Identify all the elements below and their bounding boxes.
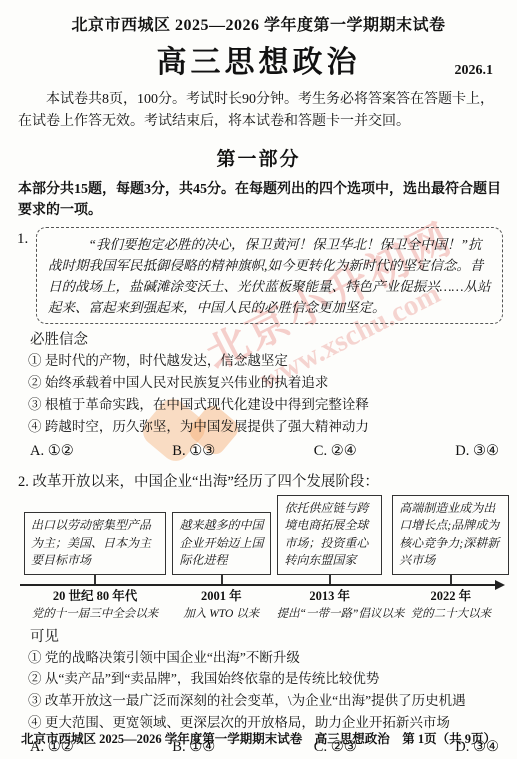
timeline-date-4: 2022 年 <box>393 586 509 604</box>
timeline-stage-4-box: 高端制造业成为出口增长点;品牌成为核心竞争力;深耕新兴市场 <box>392 495 509 575</box>
timeline-stage-4: 高端制造业成为出口增长点;品牌成为核心竞争力;深耕新兴市场 <box>392 495 509 584</box>
question-1-stem: 必胜信念 <box>30 328 503 349</box>
timeline-tick <box>221 575 223 584</box>
timeline-stage-boxes: 出口以劳动密集型产品为主；美国、日本为主要目标市场 越来越多的中国企业开始迈上国… <box>14 495 509 584</box>
exam-date: 2026.1 <box>455 63 494 79</box>
timeline-stage-2-box: 越来越多的中国企业开始迈上国际化进程 <box>172 512 271 574</box>
timeline-label-4: 2022 年 党的二十大以来 <box>393 586 509 621</box>
timeline-axis <box>20 584 495 586</box>
timeline-sublabel-2: 加入 WTO 以来 <box>172 605 271 621</box>
timeline-date-1: 20 世纪 80 年代 <box>24 586 166 604</box>
question-1-choice-b: B. ①③ <box>172 443 215 460</box>
section-title: 第一部分 <box>0 144 517 171</box>
exam-instructions: 本试卷共8页，100分。考试时长90分钟。考生务必将答案答在答题卡上，在试卷上作… <box>18 89 501 134</box>
timeline-tick <box>450 575 452 584</box>
question-1-quote-box: “我们要抱定必胜的决心，保卫黄河！保卫华北！保卫全中国！”抗战时期我国军民抵御侵… <box>36 227 503 325</box>
question-1-quote-text: “我们要抱定必胜的决心，保卫黄河！保卫华北！保卫全中国！”抗战时期我国军民抵御侵… <box>48 235 491 319</box>
question-1-item-3: ③ 根植于革命实践，在中国式现代化建设中得到完整诠释 <box>28 396 509 415</box>
page-footer: 北京市西城区 2025—2026 学年度第一学期期末试卷 高三思想政治 第 1页… <box>0 729 517 747</box>
timeline-sublabel-3: 提出“一带一路”倡议以来 <box>277 605 383 621</box>
timeline-stage-2: 越来越多的中国企业开始迈上国际化进程 <box>172 512 271 583</box>
question-1-item-2: ② 始终承载着中国人民对民族复兴伟业的执着追求 <box>28 374 509 393</box>
question-1-choice-d: D. ③④ <box>455 443 499 460</box>
question-2-stem-line: 2. 改革开放以来，中国企业“出海”经历了四个发展阶段： <box>18 470 503 491</box>
timeline-label-1: 20 世纪 80 年代 党的十一届三中全会以来 <box>24 586 166 621</box>
timeline-stage-3-box: 依托供应链与跨境电商拓展全球市场；投资重心转向东盟国家 <box>277 495 382 575</box>
timeline-sublabel-4: 党的二十大以来 <box>393 605 509 621</box>
timeline-label-2: 2001 年 加入 WTO 以来 <box>172 586 271 621</box>
subject-title: 高三思想政治 <box>157 46 361 79</box>
timeline-labels: 20 世纪 80 年代 党的十一届三中全会以来 2001 年 加入 WTO 以来… <box>14 586 509 621</box>
timeline-arrow-icon <box>495 580 505 590</box>
question-1-choice-a: A. ①② <box>30 443 74 460</box>
question-1-choice-c: C. ②④ <box>314 443 357 460</box>
timeline-tick <box>94 575 96 584</box>
question-1: 1. “我们要抱定必胜的决心，保卫黄河！保卫华北！保卫全中国！”抗战时期我国军民… <box>0 227 517 460</box>
exam-page: 北京小升初网 www.xschu.com 北京市西城区 2025—2026 学年… <box>0 0 517 759</box>
timeline-label-3: 2013 年 提出“一带一路”倡议以来 <box>277 586 383 621</box>
title-row: 高三思想政治 2026.1 <box>0 45 517 81</box>
timeline-stage-3: 依托供应链与跨境电商拓展全球市场；投资重心转向东盟国家 <box>277 495 382 584</box>
timeline-date-3: 2013 年 <box>277 586 383 604</box>
question-2: 2. 改革开放以来，中国企业“出海”经历了四个发展阶段： 出口以劳动密集型产品为… <box>0 470 517 756</box>
question-1-number: 1. <box>17 231 28 248</box>
timeline-date-2: 2001 年 <box>172 586 271 604</box>
question-2-number: 2. <box>18 474 29 490</box>
question-2-item-1: ① 党的战略决策引领中国企业“出海”不断升级 <box>28 649 509 668</box>
question-2-stem: 改革开放以来，中国企业“出海”经历了四个发展阶段： <box>33 474 379 490</box>
exam-header-title: 北京市西城区 2025—2026 学年度第一学期期末试卷 <box>0 0 517 35</box>
section-instruction: 本部分共15题，每题3分，共45分。在每题列出的四个选项中，选出最符合题目要求的… <box>18 179 503 221</box>
timeline-stage-1-box: 出口以劳动密集型产品为主；美国、日本为主要目标市场 <box>24 512 166 574</box>
question-2-timeline: 出口以劳动密集型产品为主；美国、日本为主要目标市场 越来越多的中国企业开始迈上国… <box>14 495 509 621</box>
timeline-stage-1: 出口以劳动密集型产品为主；美国、日本为主要目标市场 <box>24 512 166 583</box>
question-2-item-2: ② 从“卖产品”到“卖品牌”，我国始终依靠的是传统比较优势 <box>28 670 509 689</box>
question-2-item-3: ③ 改革开放这一最广泛而深刻的社会变革，\为企业“出海”提供了历史机遇 <box>28 692 509 711</box>
question-1-choices: A. ①② B. ①③ C. ②④ D. ③④ <box>30 443 499 460</box>
question-1-item-1: ① 是时代的产物，时代越发达，信念越坚定 <box>28 352 509 371</box>
timeline-sublabel-1: 党的十一届三中全会以来 <box>24 605 166 621</box>
question-2-lead: 可见 <box>30 625 503 646</box>
question-1-item-4: ④ 跨越时空，历久弥坚，为中国发展提供了强大精神动力 <box>28 418 509 437</box>
timeline-tick <box>329 575 331 584</box>
